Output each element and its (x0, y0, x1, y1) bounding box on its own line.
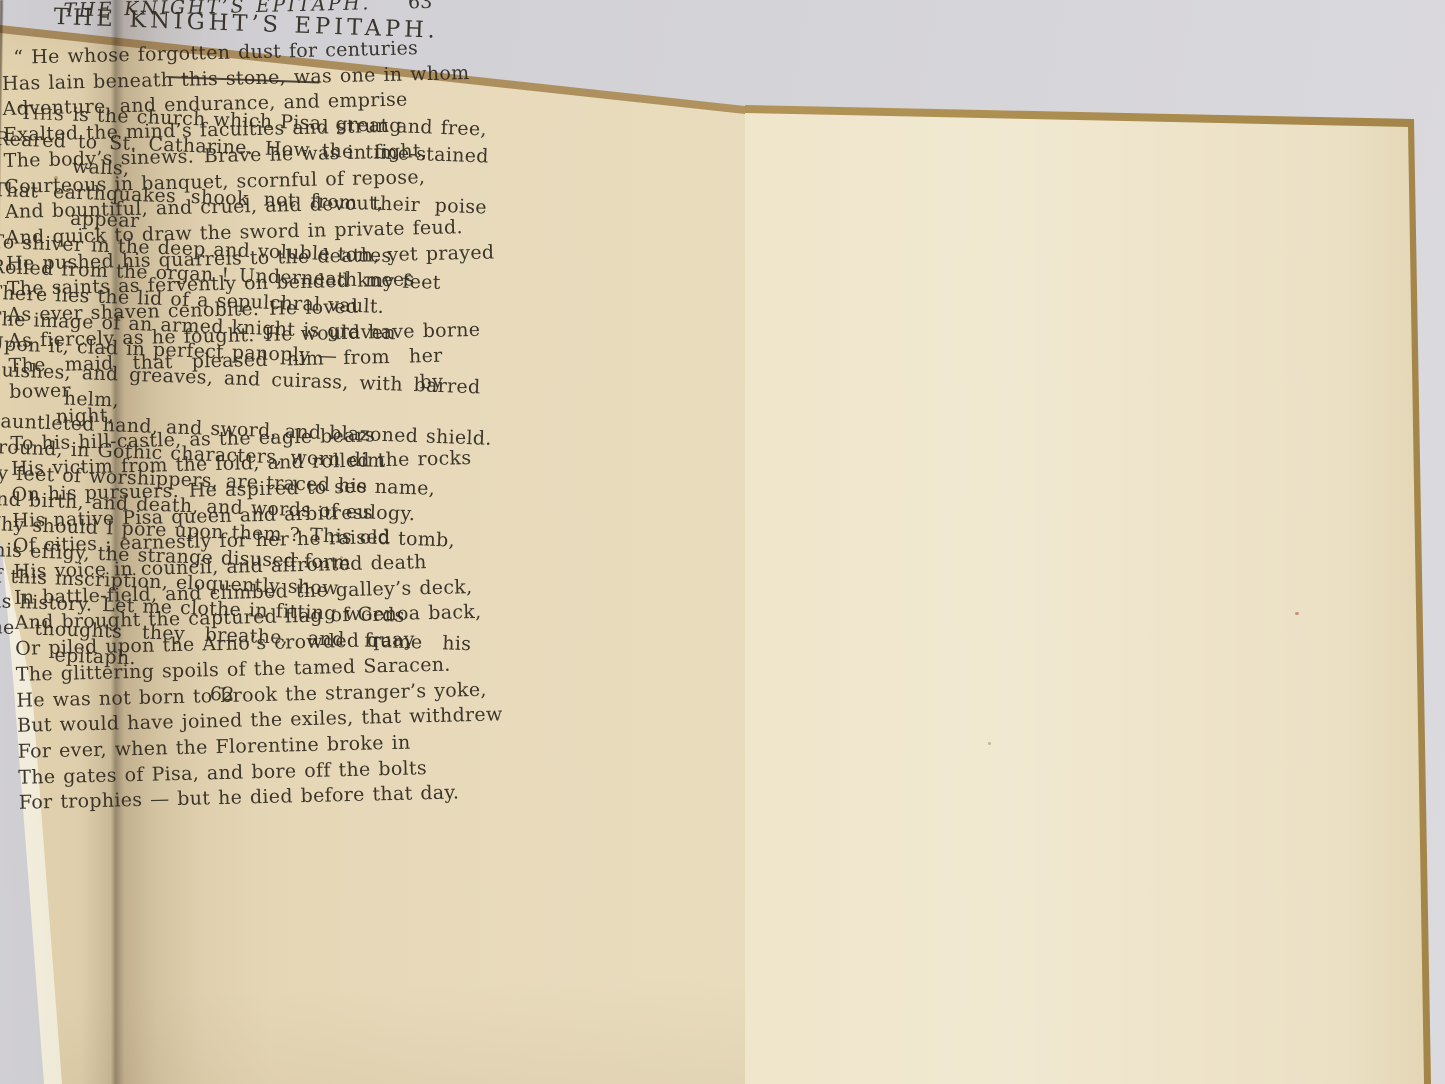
book-photo: THE KNIGHT’S EPITAPH. THIS is the church… (0, 0, 1445, 1084)
running-header: THE KNIGHT’S EPITAPH. 63 (0, 0, 434, 24)
right-page-text: THE KNIGHT’S EPITAPH. 63 “ He whose forg… (0, 0, 453, 817)
paper-speck (1295, 612, 1299, 615)
poem-line: The maid that pleased him from her bower… (8, 344, 443, 406)
page-number-right: 63 (408, 0, 433, 14)
poem-right: “ He whose forgotten dust for centuriesH… (1, 36, 453, 817)
paper-speck (988, 742, 991, 745)
running-header-title: THE KNIGHT’S EPITAPH. (63, 0, 371, 22)
